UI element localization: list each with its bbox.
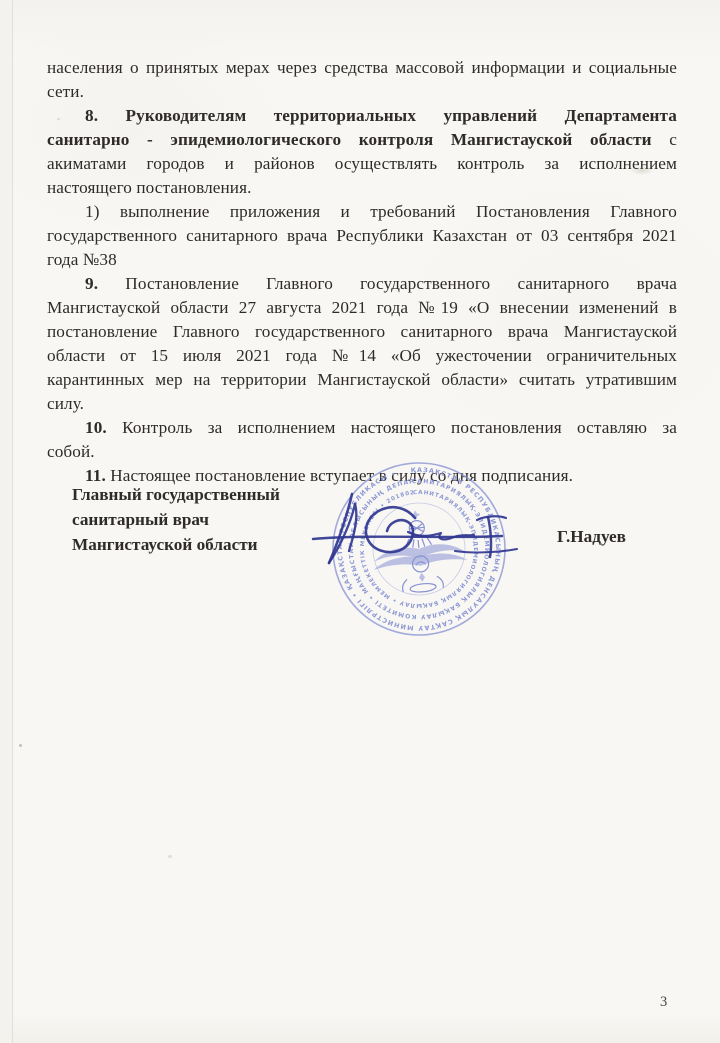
text-segment: Мангистауской области 27 августа 2021 го… <box>47 298 677 317</box>
text-segment: с <box>652 130 677 149</box>
text-segment: постановление Главного государственного … <box>47 322 677 341</box>
text-segment: акиматами городов и районов осуществлять… <box>47 154 677 173</box>
scan-speck <box>57 118 60 120</box>
text-segment: санитарно - эпидемиологического контроля… <box>47 130 652 149</box>
text-segment: собой. <box>47 442 95 461</box>
text-line: области от 15 июля 2021 года №14 «Об уже… <box>47 344 677 368</box>
scan-smudge <box>630 166 654 175</box>
text-line: Мангистауской области 27 августа 2021 го… <box>47 296 677 320</box>
text-line: акиматами городов и районов осуществлять… <box>47 152 677 176</box>
text-segment: 10. <box>85 418 107 437</box>
text-line: настоящего постановления. <box>47 176 677 200</box>
text-segment: 1) выполнение приложения и требований По… <box>85 202 677 221</box>
text-segment: 9. <box>85 274 98 293</box>
scan-speck <box>19 744 22 747</box>
text-line: сети. <box>47 80 677 104</box>
document-body: населения о принятых мерах через средств… <box>47 56 677 488</box>
text-line: населения о принятых мерах через средств… <box>47 56 677 80</box>
signatory-title-block: Главный государственный санитарный врач … <box>72 482 280 557</box>
signatory-title-line: Главный государственный <box>72 482 280 507</box>
text-line: карантинных мер на территории Мангистаус… <box>47 368 677 392</box>
text-segment: 8. Руководителям территориальных управле… <box>85 106 677 125</box>
text-segment: настоящего постановления. <box>47 178 251 197</box>
text-line: 10. Контроль за исполнением настоящего п… <box>47 416 677 440</box>
text-segment: Контроль за исполнением настоящего поста… <box>107 418 677 437</box>
signatory-name: Г.Надуев <box>557 527 626 547</box>
text-line: 1) выполнение приложения и требований По… <box>47 200 677 224</box>
scan-speck <box>168 855 172 858</box>
text-line: собой. <box>47 440 677 464</box>
text-line: 9. Постановление Главного государственно… <box>47 272 677 296</box>
scanned-document-page: населения о принятых мерах через средств… <box>0 0 720 1043</box>
text-line: 8. Руководителям территориальных управле… <box>47 104 677 128</box>
text-segment: населения о принятых мерах через средств… <box>47 58 677 77</box>
text-segment: Постановление Главного государственного … <box>98 274 677 293</box>
signatory-title-line: санитарный врач <box>72 507 280 532</box>
text-segment: сети. <box>47 82 84 101</box>
handwritten-signature <box>295 478 535 588</box>
text-line: санитарно - эпидемиологического контроля… <box>47 128 677 152</box>
text-line: года №38 <box>47 248 677 272</box>
scan-edge-strip <box>0 0 13 1043</box>
text-line: постановление Главного государственного … <box>47 320 677 344</box>
text-segment: государственного санитарного врача Респу… <box>47 226 677 245</box>
text-segment: карантинных мер на территории Мангистаус… <box>47 370 677 389</box>
signatory-title-line: Мангистауской области <box>72 532 280 557</box>
text-line: силу. <box>47 392 677 416</box>
text-segment: области от 15 июля 2021 года №14 «Об уже… <box>47 346 677 365</box>
page-number: 3 <box>660 994 667 1011</box>
text-segment: силу. <box>47 394 84 413</box>
text-segment: года №38 <box>47 250 117 269</box>
text-line: государственного санитарного врача Респу… <box>47 224 677 248</box>
